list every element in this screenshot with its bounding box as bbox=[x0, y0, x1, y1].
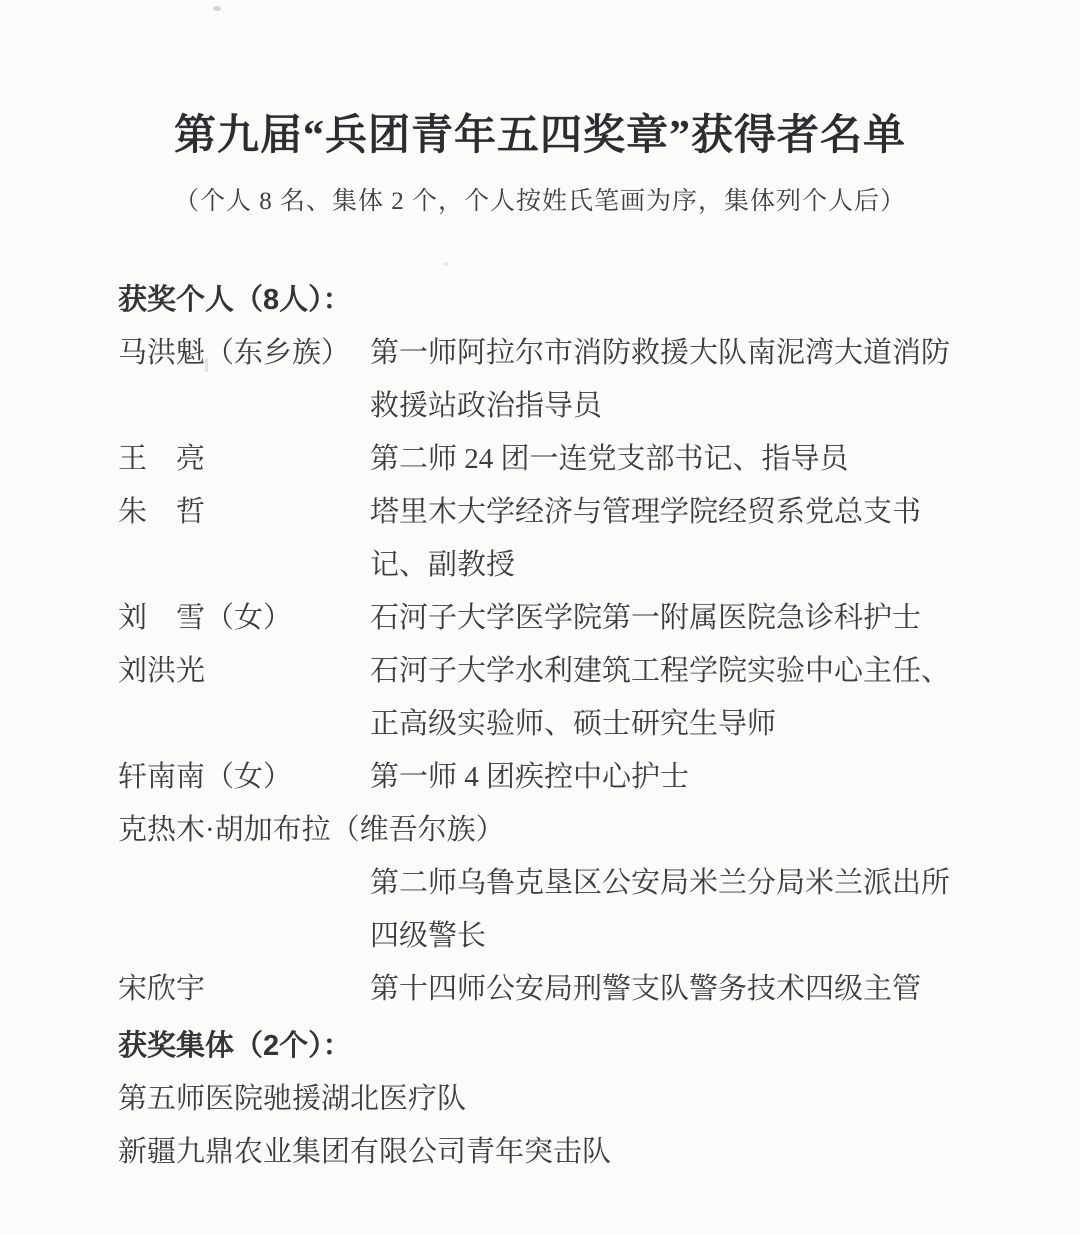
collective-awardee-name: 第五师医院驰援湖北医疗队 bbox=[118, 1073, 970, 1126]
award-entry: 王 亮 第二师 24 团一连党支部书记、指导员 bbox=[118, 433, 970, 486]
awardee-name: 刘 雪（女） bbox=[118, 592, 370, 645]
award-entry: 宋欣宇 第十四师公安局刑警支队警务技术四级主管 bbox=[118, 963, 970, 1016]
award-entry: 刘 雪（女） 石河子大学医学院第一附属医院急诊科护士 bbox=[118, 592, 970, 645]
individuals-section: 获奖个人（8人）： 马洪魁（东乡族） 第一师阿拉尔市消防救援大队南泥湾大道消防救… bbox=[118, 274, 970, 1016]
collectives-heading: 获奖集体（2个）： bbox=[118, 1020, 970, 1073]
awardee-name: 朱 哲 bbox=[118, 486, 370, 539]
awardee-affiliation: 第二师乌鲁克垦区公安局米兰分局米兰派出所四级警长 bbox=[370, 857, 970, 963]
scan-artifact-speck bbox=[205, 358, 208, 372]
awardee-name: 马洪魁（东乡族） bbox=[118, 327, 370, 380]
scan-artifact-speck bbox=[213, 6, 221, 11]
award-entry: 轩南南（女） 第一师 4 团疾控中心护士 bbox=[118, 751, 970, 804]
awardee-affiliation: 第一师 4 团疾控中心护士 bbox=[370, 751, 970, 804]
awardee-name: 克热木·胡加布拉（维吾尔族） bbox=[118, 804, 970, 857]
collectives-section: 获奖集体（2个）： 第五师医院驰援湖北医疗队 新疆九鼎农业集团有限公司青年突击队 bbox=[118, 1020, 970, 1179]
individuals-heading: 获奖个人（8人）： bbox=[118, 274, 970, 327]
awardee-affiliation: 塔里木大学经济与管理学院经贸系党总支书记、副教授 bbox=[370, 486, 970, 592]
awardee-name: 轩南南（女） bbox=[118, 751, 370, 804]
awardee-affiliation: 第一师阿拉尔市消防救援大队南泥湾大道消防救援站政治指导员 bbox=[370, 327, 970, 433]
awardee-name: 王 亮 bbox=[118, 433, 370, 486]
award-entry: 马洪魁（东乡族） 第一师阿拉尔市消防救援大队南泥湾大道消防救援站政治指导员 bbox=[118, 327, 970, 433]
awardee-affiliation: 石河子大学医学院第一附属医院急诊科护士 bbox=[370, 592, 970, 645]
scanned-award-document: 第九届“兵团青年五四奖章”获得者名单 （个人 8 名、集体 2 个，个人按姓氏笔… bbox=[0, 0, 1080, 1234]
awardee-affiliation: 第十四师公安局刑警支队警务技术四级主管 bbox=[370, 963, 970, 1016]
award-entry: 刘洪光 石河子大学水利建筑工程学院实验中心主任、正高级实验师、硕士研究生导师 bbox=[118, 645, 970, 751]
page-subtitle: （个人 8 名、集体 2 个，个人按姓氏笔画为序，集体列个人后） bbox=[0, 186, 1080, 218]
awardee-affiliation: 石河子大学水利建筑工程学院实验中心主任、正高级实验师、硕士研究生导师 bbox=[370, 645, 970, 751]
award-entry: 克热木·胡加布拉（维吾尔族） 第二师乌鲁克垦区公安局米兰分局米兰派出所四级警长 bbox=[118, 804, 970, 963]
awardee-name: 刘洪光 bbox=[118, 645, 370, 698]
scan-artifact-speck bbox=[444, 262, 449, 266]
page-title: 第九届“兵团青年五四奖章”获得者名单 bbox=[0, 0, 1080, 162]
collective-awardee-name: 新疆九鼎农业集团有限公司青年突击队 bbox=[118, 1126, 970, 1179]
awardee-name: 宋欣宇 bbox=[118, 963, 370, 1016]
award-entry: 朱 哲 塔里木大学经济与管理学院经贸系党总支书记、副教授 bbox=[118, 486, 970, 592]
awardee-affiliation: 第二师 24 团一连党支部书记、指导员 bbox=[370, 433, 970, 486]
